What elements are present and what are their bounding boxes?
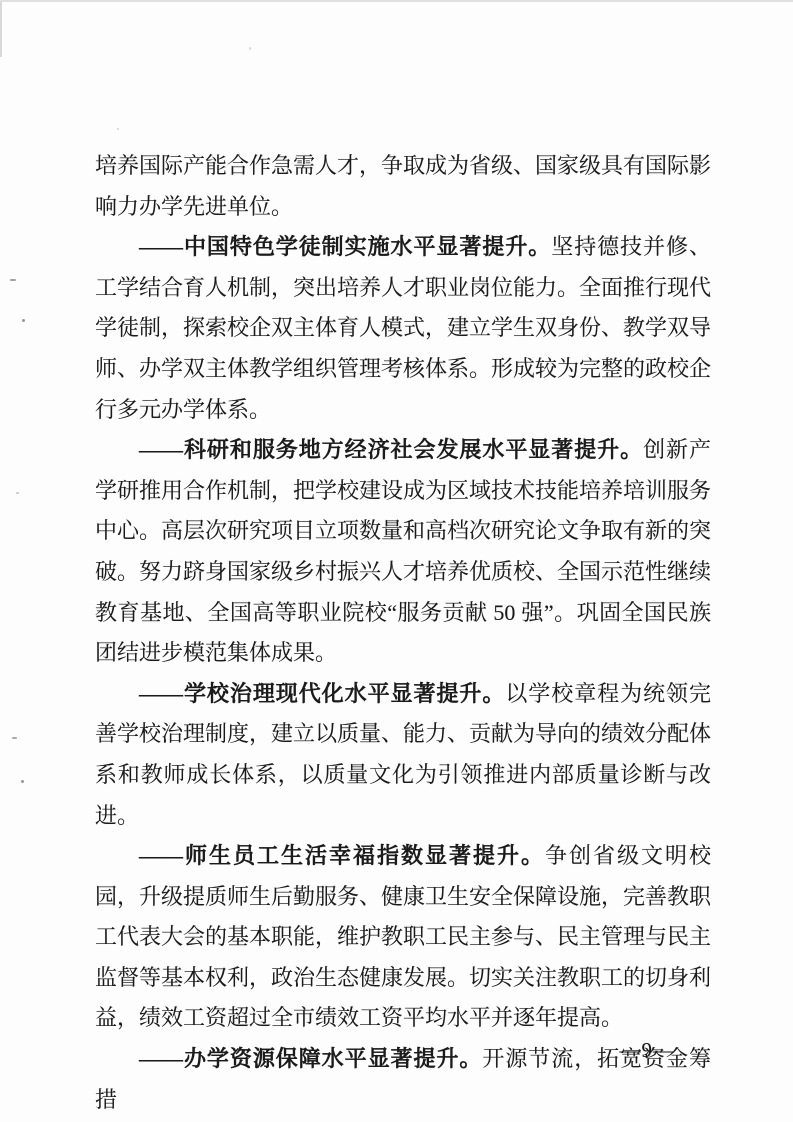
paragraph-lead: ——科研和服务地方经济社会发展水平显著提升。 <box>139 437 643 462</box>
paragraph: ——中国特色学徒制实施水平显著提升。坚持德技并修、工学结合育人机制，突出培养人才… <box>95 227 711 430</box>
paragraph: ——学校治理现代化水平显著提升。以学校章程为统领完善学校治理制度，建立以质量、能… <box>95 674 711 836</box>
paragraph-lead: ——师生员工生活幸福指数显著提升。 <box>139 843 545 868</box>
paragraph-lead: ——办学资源保障水平显著提升。 <box>139 1046 482 1071</box>
paragraph-text: 争创省级文明校园，升级提质师生后勤服务、健康卫生安全保障设施，完善教职工代表大会… <box>95 843 711 1030</box>
paragraph-text: 培养国际产能合作急需人才，争取成为省级、国家级具有国际影响力办学先进单位。 <box>95 153 711 219</box>
scan-artifact <box>12 737 17 739</box>
scan-edge-left <box>0 2 2 57</box>
page-number: —9— <box>620 1038 676 1063</box>
scan-edge-top <box>0 0 793 2</box>
document-body: 培养国际产能合作急需人才，争取成为省级、国家级具有国际影响力办学先进单位。——中… <box>95 146 711 1120</box>
paragraph: ——师生员工生活幸福指数显著提升。争创省级文明校园，升级提质师生后勤服务、健康卫… <box>95 836 711 1039</box>
scanned-page: 培养国际产能合作急需人才，争取成为省级、国家级具有国际影响力办学先进单位。——中… <box>0 0 793 1122</box>
scan-artifact <box>16 492 19 494</box>
scan-artifact <box>117 128 119 130</box>
paragraph-lead: ——中国特色学徒制实施水平显著提升。 <box>139 234 551 259</box>
paragraph: ——科研和服务地方经济社会发展水平显著提升。创新产学研推用合作机制，把学校建设成… <box>95 430 711 674</box>
scan-artifact <box>22 319 25 322</box>
paragraph-text: 坚持德技并修、工学结合育人机制，突出培养人才职业岗位能力。全面推行现代学徒制，探… <box>95 234 711 421</box>
scan-artifact <box>10 279 16 281</box>
paragraph: 培养国际产能合作急需人才，争取成为省级、国家级具有国际影响力办学先进单位。 <box>95 146 711 227</box>
paragraph-text: 创新产学研推用合作机制，把学校建设成为区域技术技能培养培训服务中心。高层次研究项… <box>95 437 711 665</box>
scan-artifact <box>249 47 251 50</box>
paragraph-lead: ——学校治理现代化水平显著提升。 <box>139 681 505 706</box>
scan-artifact <box>21 780 24 783</box>
